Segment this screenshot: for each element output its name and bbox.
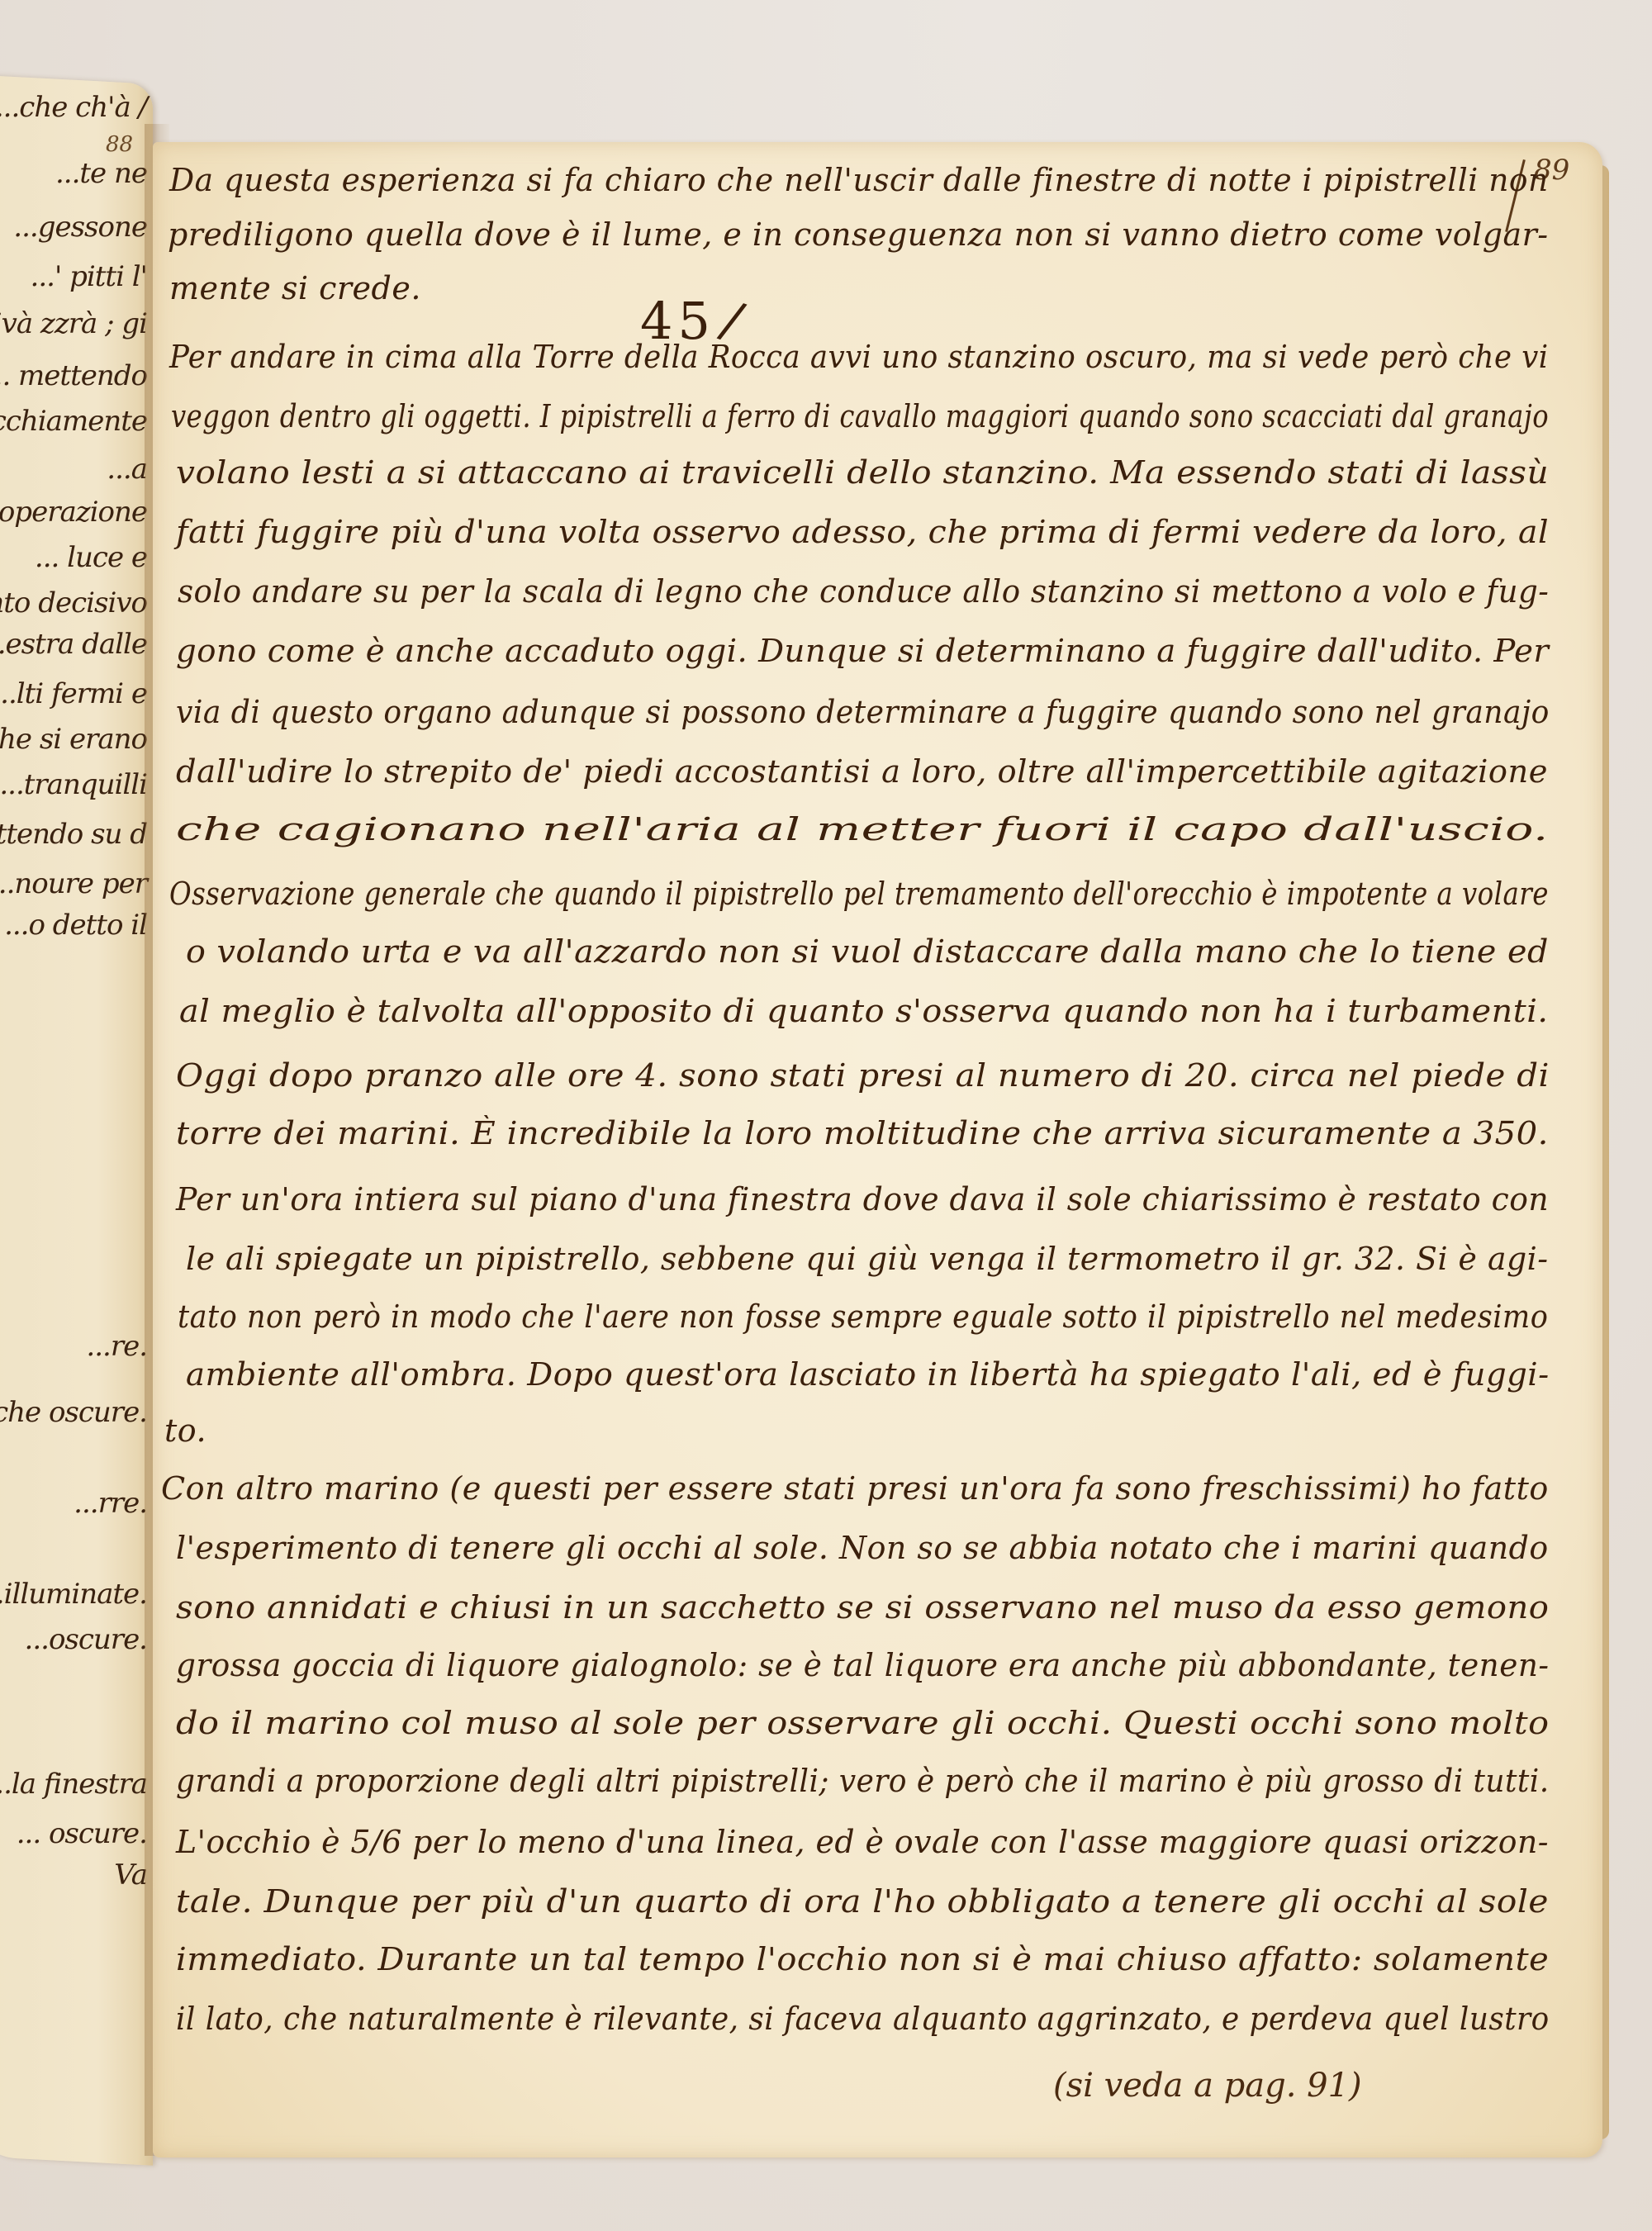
- manuscript-line: al meglio è talvolta all'opposito di qua…: [179, 993, 1549, 1029]
- manuscript-line: volano lesti a si attaccano ai travicell…: [176, 454, 1549, 491]
- manuscript-line: sono annidati e chiusi in un sacchetto s…: [176, 1589, 1549, 1626]
- cross-reference-note: (si veda a pag. 91): [1053, 2067, 1362, 2105]
- manuscript-line: do il marino col muso al sole per osserv…: [176, 1705, 1550, 1741]
- left-line: ...ponto decisivo: [0, 586, 147, 619]
- left-line: ...lti fermi e: [0, 677, 147, 710]
- manuscript-line: solo andare su per la scala di legno che…: [178, 573, 1549, 610]
- manuscript-line: Per un'ora intiera sul piano d'una fines…: [176, 1181, 1549, 1218]
- manuscript-line: gono come è anche accaduto oggi. Dunque …: [176, 633, 1549, 669]
- manuscript-line: to.: [164, 1412, 206, 1449]
- manuscript-line: il lato, che naturalmente è rilevante, s…: [176, 2001, 1550, 2037]
- left-line: ...gessone: [13, 211, 147, 244]
- manuscript-line: immediato. Durante un tal tempo l'occhio…: [176, 1941, 1549, 1977]
- left-line: ...nacchiamente: [0, 405, 147, 438]
- left-line: Va: [114, 1858, 147, 1892]
- left-line: ...rre.: [74, 1487, 147, 1520]
- left-line: ... che si erano: [0, 723, 147, 756]
- left-line: ...tranquilli: [0, 768, 147, 801]
- left-line: ... luce e: [35, 541, 147, 574]
- left-line: ...che ch'à /: [0, 91, 147, 124]
- manuscript-line: veggon dentro gli oggetti. I pipistrelli…: [171, 398, 1549, 434]
- manuscript-line: tale. Dunque per più d'un quarto di ora …: [176, 1883, 1549, 1920]
- left-line: ...a: [107, 453, 147, 486]
- manuscript-line: ambiente all'ombra. Dopo quest'ora lasci…: [186, 1356, 1550, 1393]
- manuscript-line: Con altro marino (e questi per essere st…: [161, 1470, 1549, 1507]
- manuscript-line: Osservazione generale che quando il pipi…: [169, 876, 1549, 912]
- left-line: ...oscure.: [25, 1623, 147, 1656]
- left-line: ...estra dalle: [0, 628, 147, 661]
- manuscript-line: le ali spiegate un pipistrello, sebbene …: [186, 1241, 1549, 1277]
- manuscript-text: 89 45/ Da questa esperienza si fa chiaro…: [153, 142, 1602, 2157]
- left-line: ...ache oscure.: [0, 1396, 147, 1429]
- left-page-number: 88: [106, 132, 133, 157]
- manuscript-line: torre dei marini. È incredibile la loro …: [176, 1115, 1549, 1151]
- left-line: ...illuminate.: [0, 1578, 147, 1611]
- left-line: ... mettendo: [0, 359, 147, 392]
- left-line: ...ttendo su d: [0, 818, 147, 851]
- left-line: ...rivà zzrà ; gi: [0, 307, 147, 340]
- manuscript-line: via di questo organo adunque si possono …: [176, 694, 1550, 730]
- left-line: ...mba operazione: [0, 496, 147, 529]
- manuscript-line: Per andare in cima alla Torre della Rocc…: [169, 339, 1549, 375]
- manuscript-line: grandi a proporzione degli altri pipistr…: [176, 1763, 1550, 1799]
- left-line: ... oscure.: [17, 1817, 147, 1850]
- left-line: ...te ne: [55, 157, 147, 190]
- manuscript-line: mente si crede.: [169, 270, 421, 306]
- manuscript-line: che cagionano nell'aria al metter fuori …: [176, 811, 1549, 847]
- left-line: ...la finestra: [0, 1768, 147, 1801]
- manuscript-line: o volando urta e va all'azzardo non si v…: [186, 933, 1549, 970]
- manuscript-line: grossa goccia di liquore gialognolo: se …: [176, 1647, 1549, 1683]
- manuscript-line: tato non però in modo che l'aere non fos…: [178, 1298, 1548, 1335]
- manuscript-line: l'esperimento di tenere gli occhi al sol…: [176, 1530, 1549, 1566]
- left-line: ...o detto il: [4, 909, 147, 942]
- manuscript-line: L'occhio è 5/6 per lo meno d'una linea, …: [176, 1824, 1549, 1860]
- left-line: ...noure per: [0, 867, 147, 900]
- manuscript-page: 89 45/ Da questa esperienza si fa chiaro…: [153, 142, 1602, 2157]
- manuscript-line: dall'udire lo strepito de' piedi accosta…: [176, 753, 1548, 790]
- left-line: ...' pitti l': [31, 260, 147, 293]
- manuscript-line: fatti fuggire più d'una volta osservo ad…: [176, 514, 1549, 550]
- manuscript-line: prediligono quella dove è il lume, e in …: [168, 216, 1549, 253]
- manuscript-line: Oggi dopo pranzo alle ore 4. sono stati …: [176, 1057, 1550, 1094]
- manuscript-line: Da questa esperienza si fa chiaro che ne…: [169, 162, 1549, 198]
- left-line: ...re.: [86, 1330, 147, 1363]
